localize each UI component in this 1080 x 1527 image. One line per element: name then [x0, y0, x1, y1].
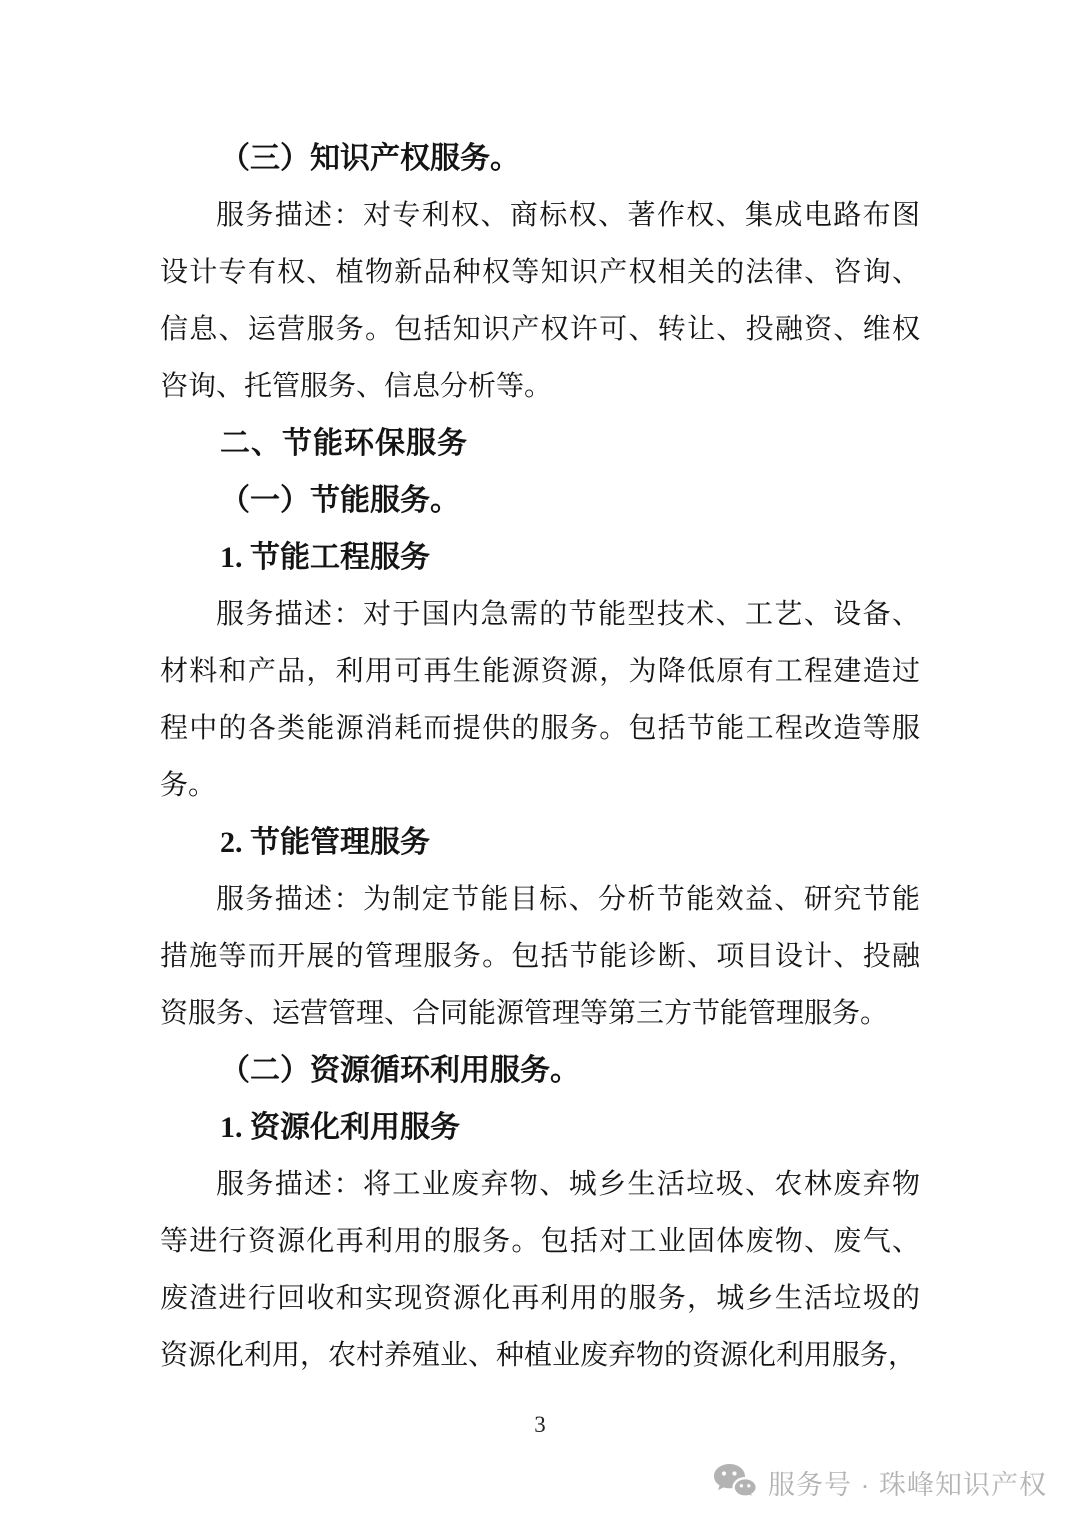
document-page: （三）知识产权服务。 服务描述：对专利权、商标权、著作权、集成电路布图 设计专有…: [0, 0, 1080, 1527]
heading-energy-management: 2. 节能管理服务: [160, 814, 920, 871]
text-line: 信息、运营服务。包括知识产权许可、转让、投融资、维权: [160, 301, 920, 358]
watermark-text: 服务号 · 珠峰知识产权: [768, 1463, 1047, 1502]
text-line: 设计专有权、植物新品种权等知识产权相关的法律、咨询、: [160, 244, 920, 301]
paragraph-energy-engineering-description: 服务描述：对于国内急需的节能型技术、工艺、设备、 材料和产品，利用可再生能源资源…: [160, 586, 920, 814]
text-line: 资源化利用，农村养殖业、种植业废弃物的资源化利用服务，: [160, 1327, 920, 1384]
paragraph-energy-management-description: 服务描述：为制定节能目标、分析节能效益、研究节能 措施等而开展的管理服务。包括节…: [160, 871, 920, 1042]
heading-ip-services: （三）知识产权服务。: [160, 130, 920, 187]
text-line: 务。: [160, 757, 920, 814]
text-line: 材料和产品，利用可再生能源资源，为降低原有工程建造过: [160, 643, 920, 700]
text-line: 咨询、托管服务、信息分析等。: [160, 358, 920, 415]
paragraph-resource-utilization-description: 服务描述：将工业废弃物、城乡生活垃圾、农林废弃物 等进行资源化再利用的服务。包括…: [160, 1156, 920, 1384]
heading-energy-env-services: 二、节能环保服务: [160, 415, 920, 472]
text-line: 资服务、运营管理、合同能源管理等第三方节能管理服务。: [160, 985, 920, 1042]
text-line: 服务描述：将工业废弃物、城乡生活垃圾、农林废弃物: [160, 1156, 920, 1213]
heading-resource-utilization: 1. 资源化利用服务: [160, 1099, 920, 1156]
text-line: 措施等而开展的管理服务。包括节能诊断、项目设计、投融: [160, 928, 920, 985]
text-line: 程中的各类能源消耗而提供的服务。包括节能工程改造等服: [160, 700, 920, 757]
text-line: 服务描述：对专利权、商标权、著作权、集成电路布图: [160, 187, 920, 244]
text-line: 废渣进行回收和实现资源化再利用的服务，城乡生活垃圾的: [160, 1270, 920, 1327]
document-content: （三）知识产权服务。 服务描述：对专利权、商标权、著作权、集成电路布图 设计专有…: [0, 0, 1080, 1440]
paragraph-ip-description: 服务描述：对专利权、商标权、著作权、集成电路布图 设计专有权、植物新品种权等知识…: [160, 187, 920, 415]
heading-resource-recycling-services: （二）资源循环利用服务。: [160, 1042, 920, 1099]
text-line: 服务描述：为制定节能目标、分析节能效益、研究节能: [160, 871, 920, 928]
text-line: 服务描述：对于国内急需的节能型技术、工艺、设备、: [160, 586, 920, 643]
heading-energy-saving-services: （一）节能服务。: [160, 472, 920, 529]
text-line: 等进行资源化再利用的服务。包括对工业固体废物、废气、: [160, 1213, 920, 1270]
heading-energy-engineering: 1. 节能工程服务: [160, 529, 920, 586]
wechat-icon: [713, 1463, 757, 1501]
watermark: 服务号 · 珠峰知识产权: [713, 1458, 1047, 1506]
page-number: 3: [160, 1410, 920, 1440]
